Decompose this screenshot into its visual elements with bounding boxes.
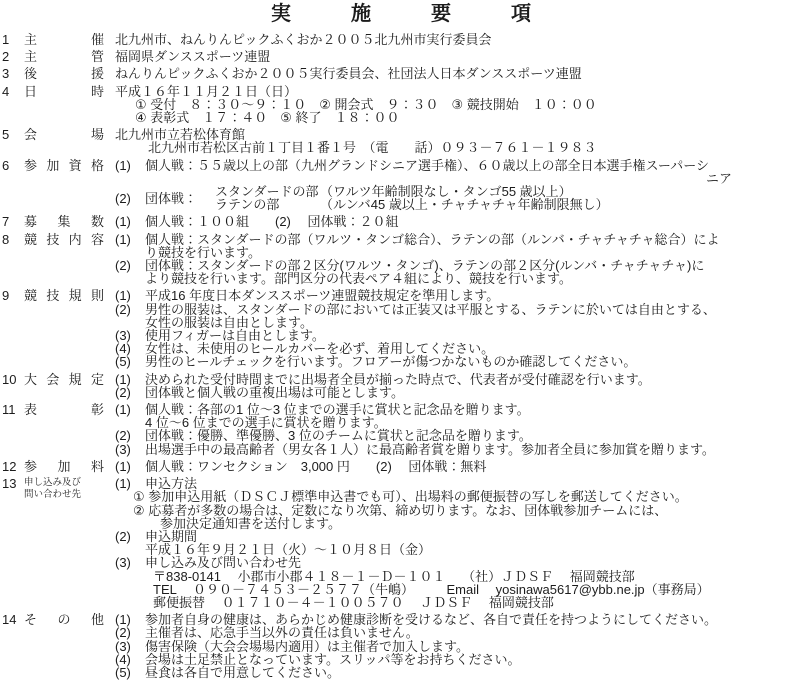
item-number: 1: [2, 33, 24, 46]
text-line: 昼食は各自で用意してください。: [145, 666, 800, 679]
sub-marker: (1): [115, 233, 145, 246]
numbered-line: (2) 団体戦： スタンダードの部 （ワルツ年齢制限なし・タンゴ55 歳以上） …: [115, 185, 800, 211]
item-number: 5: [2, 128, 24, 141]
document-page: 実 施 要 項 1 主催 北九州市、ねんりんピックふくおか２００５北九州市実行委…: [0, 0, 800, 689]
text-line: 個人戦：スタンダードの部（ワルツ・タンゴ総合）、ラテンの部（ルンバ・チャチャチャ…: [145, 233, 800, 246]
text-line: 平成１６年１１月２１日（日）: [115, 85, 800, 98]
item-content: 北九州市立若松体育館 北九州市若松区古前１丁目１番１号 （電 話）０９３－７６１…: [115, 128, 800, 154]
item-content: ねんりんピックふくおか２００５実行委員会、社団法人日本ダンススポーツ連盟: [115, 67, 800, 80]
sub-marker: (1): [115, 289, 145, 302]
text-line: 会場は土足禁止となっています。スリッパ等をお持ちください。: [145, 653, 800, 666]
postal-transfer-line: 郵便振替 ０１７１０－４－１００５７０ ＪＤＳＦ 福岡競技部: [115, 596, 800, 609]
sub-marker: (1): [115, 215, 145, 228]
item-content: (1) 個人戦：ワンセクション 3,000 円 (2) 団体戦：無料: [115, 460, 800, 473]
item-shusai: 1 主催 北九州市、ねんりんピックふくおか２００５北九州市実行委員会: [2, 33, 800, 46]
item-kyogi-kisoku: 9 競技規則 (1) 平成16 年度日本ダンススポーツ連盟競技規定を準用します。…: [2, 289, 800, 368]
numbered-line: (4) 会場は土足禁止となっています。スリッパ等をお持ちください。: [115, 653, 800, 666]
item-number: 9: [2, 289, 24, 302]
item-taikai-kitei: 10 大会規定 (1) 決められた受付時間までに出場者全員が揃った時点で、代表者…: [2, 373, 800, 399]
item-koen: 3 後援 ねんりんピックふくおか２００５実行委員会、社団法人日本ダンススポーツ連…: [2, 67, 800, 80]
sub-marker: (2): [115, 530, 145, 543]
item-number: 14: [2, 613, 24, 626]
item-label: その他: [24, 613, 104, 626]
item-hyosho: 11 表彰 (1) 個人戦：各部の1 位～3 位までの選手に賞状と記念品を贈りま…: [2, 403, 800, 456]
item-label: 参加料: [24, 460, 104, 473]
item-label: 後援: [24, 67, 104, 80]
item-label: 競技内容: [24, 233, 104, 246]
text-line: 出場選手中の最高齢者（男女各１人）に最高齢者賞を贈ります。参加者全員に参加賞を贈…: [145, 443, 800, 456]
item-label: 競技規則: [24, 289, 104, 302]
category-rows: スタンダードの部 （ワルツ年齢制限なし・タンゴ55 歳以上） ラテンの部 （ルン…: [215, 185, 800, 211]
numbered-line: (1) 決められた受付時間までに出場者全員が揃った時点で、代表者が受付確認を行い…: [115, 373, 800, 386]
text-line: 主催者は、応急手当以外の責任は負いません。: [145, 626, 800, 639]
item-content: (1) 個人戦：スタンダードの部（ワルツ・タンゴ総合）、ラテンの部（ルンバ・チャ…: [115, 233, 800, 286]
numbered-line: (1) 個人戦：スタンダードの部（ワルツ・タンゴ総合）、ラテンの部（ルンバ・チャ…: [115, 233, 800, 246]
text-line: 傷害保険（大会会場場内適用）は主催者で加入します。: [145, 640, 800, 653]
item-number: 2: [2, 50, 24, 63]
sub-marker: (3): [115, 640, 145, 653]
sub-marker: (5): [115, 355, 145, 368]
numbered-line: (2) 団体戦と個人戦の重複出場は可能とします。: [115, 386, 800, 399]
item-boshusu: 7 募集数 (1) 個人戦：１００組 (2) 団体戦：２０組: [2, 215, 800, 228]
item-sanka-shikaku: 6 参加資格 (1) 個人戦：５５歳以上の部（九州グランドシニア選手権）、６０歳…: [2, 159, 800, 212]
sub-marker: (2): [115, 626, 145, 639]
item-label-line1: 申し込み及び: [24, 477, 81, 488]
numbered-line: (3) 申し込み及び問い合わせ先: [115, 556, 800, 569]
numbered-line: (5) 男性のヒールチェックを行います。フロアーが傷つかないものか確認してくださ…: [115, 355, 800, 368]
sub-marker: (2): [115, 429, 145, 442]
item-kyogi-naiyo: 8 競技内容 (1) 個人戦：スタンダードの部（ワルツ・タンゴ総合）、ラテンの部…: [2, 233, 800, 286]
item-shukan: 2 主管 福岡県ダンススポーツ連盟: [2, 50, 800, 63]
item-kaijo: 5 会場 北九州市立若松体育館 北九州市若松区古前１丁目１番１号 （電 話）０９…: [2, 128, 800, 154]
item-number: 8: [2, 233, 24, 246]
category-row: ラテンの部 （ルンバ45 歳以上・チャチャチャ年齢制限無し）: [215, 198, 800, 211]
item-content: (1) 個人戦：１００組 (2) 団体戦：２０組: [115, 215, 800, 228]
sub-marker: (1): [115, 159, 145, 172]
item-number: 4: [2, 85, 24, 98]
item-number: 12: [2, 460, 24, 473]
text-line: 個人戦：１００組 (2) 団体戦：２０組: [145, 215, 800, 228]
sub-marker: (5): [115, 666, 145, 679]
item-label-line2: 問い合わせ先: [24, 489, 81, 500]
text-line: ④ 表彰式 １７：４０ ⑤ 終了 １８：００: [115, 111, 800, 124]
item-label: 主管: [24, 50, 104, 63]
text-line: 北九州市若松区古前１丁目１番１号 （電 話）０９３－７６１－１９８３: [115, 141, 800, 154]
sub-marker: (1): [115, 403, 145, 416]
numbered-line: (1) 個人戦：ワンセクション 3,000 円 (2) 団体戦：無料: [115, 460, 800, 473]
item-content: (1) 決められた受付時間までに出場者全員が揃った時点で、代表者が受付確認を行い…: [115, 373, 800, 399]
item-number: 11: [2, 403, 24, 416]
item-label: 参加資格: [24, 159, 104, 172]
item-number: 7: [2, 215, 24, 228]
text-line: ねんりんピックふくおか２００５実行委員会、社団法人日本ダンススポーツ連盟: [115, 67, 800, 80]
text-line: 福岡県ダンススポーツ連盟: [115, 50, 800, 63]
item-content: 平成１６年１１月２１日（日） ① 受付 ８：３０～９：１０ ② 開会式 ９：３０…: [115, 85, 800, 125]
item-content: (1) 個人戦：５５歳以上の部（九州グランドシニア選手権）、６０歳以上の部全日本…: [115, 159, 800, 212]
numbered-line: (2) 男性の服装は、スタンダードの部においては正装又は平服とする、ラテンに於い…: [115, 303, 800, 316]
text-line: より競技を行います。部門区分の代表ペア４組により、競技を行います。: [115, 272, 800, 285]
item-content: (1) 平成16 年度日本ダンススポーツ連盟競技規定を準用します。 (2) 男性…: [115, 289, 800, 368]
sub-marker: (3): [115, 556, 145, 569]
text-line: 男性の服装は、スタンダードの部においては正装又は平服とする、ラテンに於いては自由…: [145, 303, 800, 316]
numbered-line: (1) 個人戦：５５歳以上の部（九州グランドシニア選手権）、６０歳以上の部全日本…: [115, 159, 800, 172]
item-label: 日時: [24, 85, 104, 98]
sub-marker: (2): [115, 303, 145, 316]
postal-address-line: 〒838-0141 小郡市小郡４１８－１－Ｄ－１０１ （社）ＪＤＳＦ 福岡競技部: [115, 570, 800, 583]
item-label: 会場: [24, 128, 104, 141]
item-content: (1) 参加者自身の健康は、あらかじめ健康診断を受けるなど、各自で責任を持つよう…: [115, 613, 800, 679]
text-line: ① 参加申込用紙（ＤＳＣＪ標準申込書でも可）、出場料の郵便振替の写しを郵送してく…: [115, 490, 800, 503]
item-nichiji: 4 日時 平成１６年１１月２１日（日） ① 受付 ８：３０～９：１０ ② 開会式…: [2, 85, 800, 125]
item-number: 10: [2, 373, 24, 386]
item-sonota: 14 その他 (1) 参加者自身の健康は、あらかじめ健康診断を受けるなど、各自で…: [2, 613, 800, 679]
numbered-line: (5) 昼食は各自で用意してください。: [115, 666, 800, 679]
item-label: 表彰: [24, 403, 104, 416]
item-label: 大会規定: [24, 373, 104, 386]
numbered-line: (1) 個人戦：１００組 (2) 団体戦：２０組: [115, 215, 800, 228]
text-line: 団体戦と個人戦の重複出場は可能とします。: [145, 386, 800, 399]
sub-marker: (4): [115, 653, 145, 666]
team-category-block: 団体戦： スタンダードの部 （ワルツ年齢制限なし・タンゴ55 歳以上） ラテンの…: [145, 185, 800, 211]
item-number: 3: [2, 67, 24, 80]
numbered-line: (2) 主催者は、応急手当以外の責任は負いません。: [115, 626, 800, 639]
text-line: 男性のヒールチェックを行います。フロアーが傷つかないものか確認してください。: [145, 355, 800, 368]
text-line: 個人戦：ワンセクション 3,000 円 (2) 団体戦：無料: [145, 460, 800, 473]
text-line: 参加決定通知書を送付します。: [115, 517, 800, 530]
text-line: 申し込み及び問い合わせ先: [145, 556, 800, 569]
sub-marker: (2): [115, 259, 145, 272]
category-name: ラテンの部: [215, 198, 320, 211]
category-head: 団体戦：: [145, 192, 215, 205]
sub-marker: (2): [115, 192, 145, 205]
numbered-line: (1) 平成16 年度日本ダンススポーツ連盟競技規定を準用します。: [115, 289, 800, 302]
item-content: 福岡県ダンススポーツ連盟: [115, 50, 800, 63]
sub-marker: (3): [115, 443, 145, 456]
item-label: 募集数: [24, 215, 104, 228]
text-line: 決められた受付時間までに出場者全員が揃った時点で、代表者が受付確認を行います。: [145, 373, 800, 386]
item-label: 申し込み及び 問い合わせ先: [24, 477, 104, 500]
item-number: 6: [2, 159, 24, 172]
text-line: ② 応募者が多数の場合は、定数になり次第、締め切ります。なお、団体戦参加チームに…: [115, 504, 800, 517]
item-sankaryo: 12 参加料 (1) 個人戦：ワンセクション 3,000 円 (2) 団体戦：無…: [2, 460, 800, 473]
category-condition: （ルンバ45 歳以上・チャチャチャ年齢制限無し）: [320, 198, 609, 211]
text-line: 北九州市、ねんりんピックふくおか２００５北九州市実行委員会: [115, 33, 800, 46]
item-number: 13: [2, 477, 24, 490]
text-line: 団体戦：優勝、準優勝、3 位のチームに賞状と記念品を贈ります。: [145, 429, 800, 442]
text-line: 平成16 年度日本ダンススポーツ連盟競技規定を準用します。: [145, 289, 800, 302]
item-moshikomi: 13 申し込み及び 問い合わせ先 (1) 申込方法 ① 参加申込用紙（ＤＳＣＪ標…: [2, 477, 800, 609]
item-content: (1) 申込方法 ① 参加申込用紙（ＤＳＣＪ標準申込書でも可）、出場料の郵便振替…: [115, 477, 800, 609]
numbered-line: (3) 傷害保険（大会会場場内適用）は主催者で加入します。: [115, 640, 800, 653]
item-label: 主催: [24, 33, 104, 46]
item-content: (1) 個人戦：各部の1 位～3 位までの選手に賞状と記念品を贈ります。 4 位…: [115, 403, 800, 456]
sub-marker: (1): [115, 460, 145, 473]
numbered-line: (3) 出場選手中の最高齢者（男女各１人）に最高齢者賞を贈ります。参加者全員に参…: [115, 443, 800, 456]
numbered-line: (2) 団体戦：優勝、準優勝、3 位のチームに賞状と記念品を贈ります。: [115, 429, 800, 442]
text-line: 個人戦：５５歳以上の部（九州グランドシニア選手権）、６０歳以上の部全日本選手権ス…: [145, 159, 800, 172]
sub-marker: (2): [115, 386, 145, 399]
page-title: 実 施 要 項: [2, 4, 800, 25]
tel-email-line: TEL ０９０－７４５３－２５７７（牛嶋） Email yosinawa5617…: [115, 583, 800, 596]
item-content: 北九州市、ねんりんピックふくおか２００５北九州市実行委員会: [115, 33, 800, 46]
sub-marker: (1): [115, 373, 145, 386]
